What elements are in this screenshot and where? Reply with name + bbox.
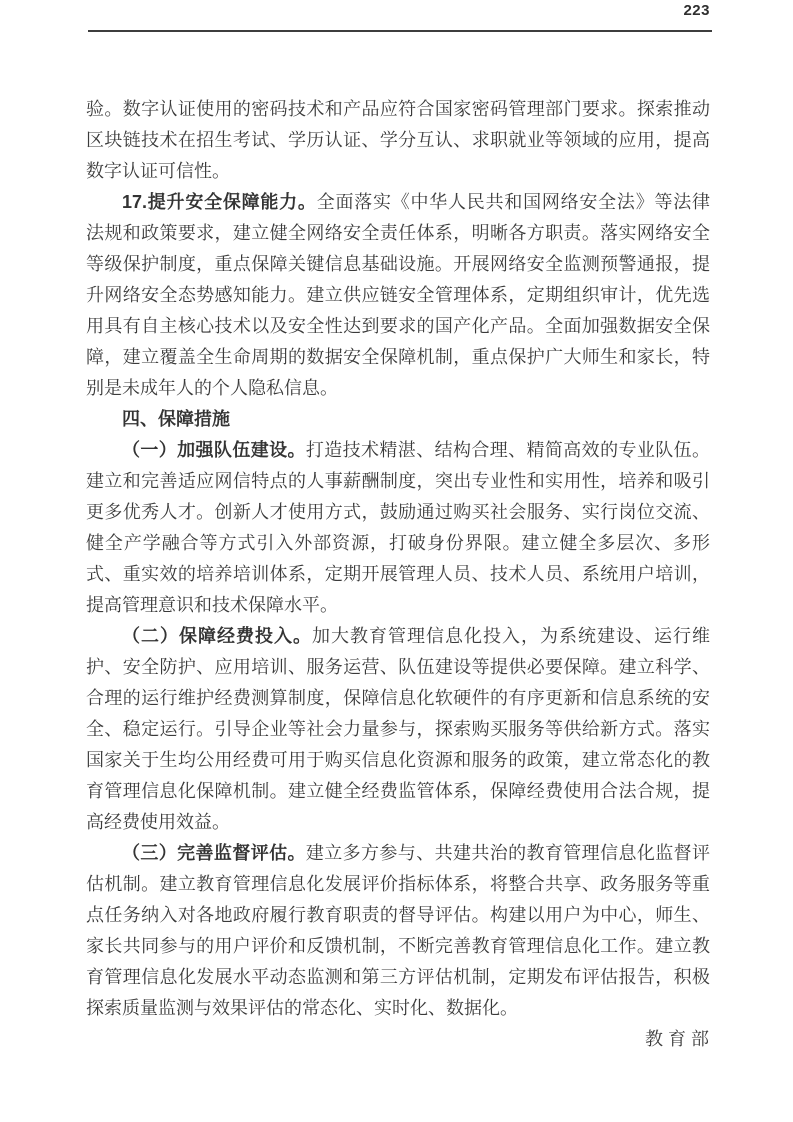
document-body: 验。数字认证使用的密码技术和产品应符合国家密码管理部门要求。探索推动区块链技术在… bbox=[86, 94, 710, 1055]
text-segment: 别是未成年人的个人隐私信息。 bbox=[86, 378, 338, 398]
text-line: 等级保护制度，重点保障关键信息基础设施。开展网络安全监测预警通报，提 bbox=[86, 249, 710, 280]
text-segment: 更多优秀人才。创新人才使用方式，鼓励通过购买社会服务、实行岗位交流、 bbox=[86, 502, 710, 522]
text-line: 式、重实效的培养培训体系，定期开展管理人员、技术人员、系统用户培训， bbox=[86, 559, 710, 590]
text-line: 别是未成年人的个人隐私信息。 bbox=[86, 373, 710, 404]
text-segment: 点任务纳入对各地政府履行教育职责的督导评估。构建以用户为中心，师生、 bbox=[86, 905, 710, 925]
text-line: （二）保障经费投入。加大教育管理信息化投入，为系统建设、运行维 bbox=[86, 621, 710, 652]
text-segment: 用具有自主核心技术以及安全性达到要求的国产化产品。全面加强数据安全保 bbox=[86, 316, 710, 336]
text-segment: 家长共同参与的用户评价和反馈机制，不断完善教育管理信息化工作。建立教 bbox=[86, 936, 710, 956]
text-line: 全、稳定运行。引导企业等社会力量参与，探索购买服务等供给新方式。落实 bbox=[86, 714, 710, 745]
text-segment: 探索质量监测与效果评估的常态化、实时化、数据化。 bbox=[86, 998, 518, 1018]
text-line: 升网络安全态势感知能力。建立供应链安全管理体系，定期组织审计，优先选 bbox=[86, 280, 710, 311]
signature-ministry-of-education: 教 育 部 bbox=[86, 1024, 710, 1055]
text-line: 提高管理意识和技术保障水平。 bbox=[86, 590, 710, 621]
text-segment: 等级保护制度，重点保障关键信息基础设施。开展网络安全监测预警通报，提 bbox=[86, 254, 710, 274]
text-line: 建立和完善适应网信特点的人事薪酬制度，突出专业性和实用性，培养和吸引 bbox=[86, 466, 710, 497]
bold-text-segment: （一）加强队伍建设。 bbox=[122, 440, 306, 460]
text-line: 障，建立覆盖全生命周期的数据安全保障机制，重点保护广大师生和家长，特 bbox=[86, 342, 710, 373]
text-segment: 法规和政策要求，建立健全网络安全责任体系，明晰各方职责。落实网络安全 bbox=[86, 223, 710, 243]
text-line: 护、安全防护、应用培训、服务运营、队伍建设等提供必要保障。建立科学、 bbox=[86, 652, 710, 683]
text-line: 区块链技术在招生考试、学历认证、学分互认、求职就业等领域的应用，提高 bbox=[86, 125, 710, 156]
text-line: 探索质量监测与效果评估的常态化、实时化、数据化。 bbox=[86, 993, 710, 1024]
text-segment: 区块链技术在招生考试、学历认证、学分互认、求职就业等领域的应用，提高 bbox=[86, 130, 710, 150]
text-line: 更多优秀人才。创新人才使用方式，鼓励通过购买社会服务、实行岗位交流、 bbox=[86, 497, 710, 528]
text-line: 17.提升安全保障能力。全面落实《中华人民共和国网络安全法》等法律 bbox=[86, 187, 710, 218]
text-segment: 全面落实《中华人民共和国网络安全法》等法律 bbox=[317, 192, 710, 212]
text-line: 数字认证可信性。 bbox=[86, 156, 710, 187]
document-page: 223 验。数字认证使用的密码技术和产品应符合国家密码管理部门要求。探索推动区块… bbox=[0, 0, 793, 1122]
text-segment: 加大教育管理信息化投入，为系统建设、运行维 bbox=[312, 626, 710, 646]
text-line: 健全产学融合等方式引入外部资源，打破身份界限。建立健全多层次、多形 bbox=[86, 528, 710, 559]
text-line: 育管理信息化发展水平动态监测和第三方评估机制，定期发布评估报告，积极 bbox=[86, 962, 710, 993]
text-segment: 护、安全防护、应用培训、服务运营、队伍建设等提供必要保障。建立科学、 bbox=[86, 657, 710, 677]
text-line: 法规和政策要求，建立健全网络安全责任体系，明晰各方职责。落实网络安全 bbox=[86, 218, 710, 249]
text-line: 四、保障措施 bbox=[86, 404, 710, 435]
text-segment: 育管理信息化保障机制。建立健全经费监管体系，保障经费使用合法合规，提 bbox=[86, 781, 710, 801]
text-line: 家长共同参与的用户评价和反馈机制，不断完善教育管理信息化工作。建立教 bbox=[86, 931, 710, 962]
text-line: 用具有自主核心技术以及安全性达到要求的国产化产品。全面加强数据安全保 bbox=[86, 311, 710, 342]
text-lines-container: 验。数字认证使用的密码技术和产品应符合国家密码管理部门要求。探索推动区块链技术在… bbox=[86, 94, 710, 1024]
text-line: 估机制。建立教育管理信息化发展评价指标体系，将整合共享、政务服务等重 bbox=[86, 869, 710, 900]
text-line: 点任务纳入对各地政府履行教育职责的督导评估。构建以用户为中心，师生、 bbox=[86, 900, 710, 931]
text-segment: 健全产学融合等方式引入外部资源，打破身份界限。建立健全多层次、多形 bbox=[86, 533, 710, 553]
text-segment: 建立和完善适应网信特点的人事薪酬制度，突出专业性和实用性，培养和吸引 bbox=[86, 471, 710, 491]
page-number: 223 bbox=[683, 2, 710, 19]
text-line: 验。数字认证使用的密码技术和产品应符合国家密码管理部门要求。探索推动 bbox=[86, 94, 710, 125]
bold-text-segment: （三）完善监督评估。 bbox=[122, 843, 306, 863]
header-rule bbox=[88, 30, 712, 32]
bold-text-segment: 17.提升安全保障能力。 bbox=[122, 192, 317, 212]
text-segment: 验。数字认证使用的密码技术和产品应符合国家密码管理部门要求。探索推动 bbox=[86, 99, 710, 119]
text-segment: 数字认证可信性。 bbox=[86, 161, 230, 181]
text-segment: 全、稳定运行。引导企业等社会力量参与，探索购买服务等供给新方式。落实 bbox=[86, 719, 710, 739]
bold-text-segment: 四、保障措施 bbox=[122, 409, 230, 429]
text-line: 国家关于生均公用经费可用于购买信息化资源和服务的政策，建立常态化的教 bbox=[86, 745, 710, 776]
text-line: 育管理信息化保障机制。建立健全经费监管体系，保障经费使用合法合规，提 bbox=[86, 776, 710, 807]
text-segment: 建立多方参与、共建共治的教育管理信息化监督评 bbox=[306, 843, 710, 863]
text-segment: 估机制。建立教育管理信息化发展评价指标体系，将整合共享、政务服务等重 bbox=[86, 874, 710, 894]
text-segment: 提高管理意识和技术保障水平。 bbox=[86, 595, 338, 615]
text-segment: 障，建立覆盖全生命周期的数据安全保障机制，重点保护广大师生和家长，特 bbox=[86, 347, 710, 367]
text-line: 合理的运行维护经费测算制度，保障信息化软硬件的有序更新和信息系统的安 bbox=[86, 683, 710, 714]
text-segment: 升网络安全态势感知能力。建立供应链安全管理体系，定期组织审计，优先选 bbox=[86, 285, 710, 305]
bold-text-segment: （二）保障经费投入。 bbox=[122, 626, 312, 646]
text-segment: 育管理信息化发展水平动态监测和第三方评估机制，定期发布评估报告，积极 bbox=[86, 967, 710, 987]
text-segment: 合理的运行维护经费测算制度，保障信息化软硬件的有序更新和信息系统的安 bbox=[86, 688, 710, 708]
text-line: （一）加强队伍建设。打造技术精湛、结构合理、精简高效的专业队伍。 bbox=[86, 435, 710, 466]
text-segment: 式、重实效的培养培训体系，定期开展管理人员、技术人员、系统用户培训， bbox=[86, 564, 710, 584]
text-segment: 高经费使用效益。 bbox=[86, 812, 230, 832]
text-line: 高经费使用效益。 bbox=[86, 807, 710, 838]
text-line: （三）完善监督评估。建立多方参与、共建共治的教育管理信息化监督评 bbox=[86, 838, 710, 869]
text-segment: 打造技术精湛、结构合理、精简高效的专业队伍。 bbox=[306, 440, 710, 460]
text-segment: 国家关于生均公用经费可用于购买信息化资源和服务的政策，建立常态化的教 bbox=[86, 750, 710, 770]
